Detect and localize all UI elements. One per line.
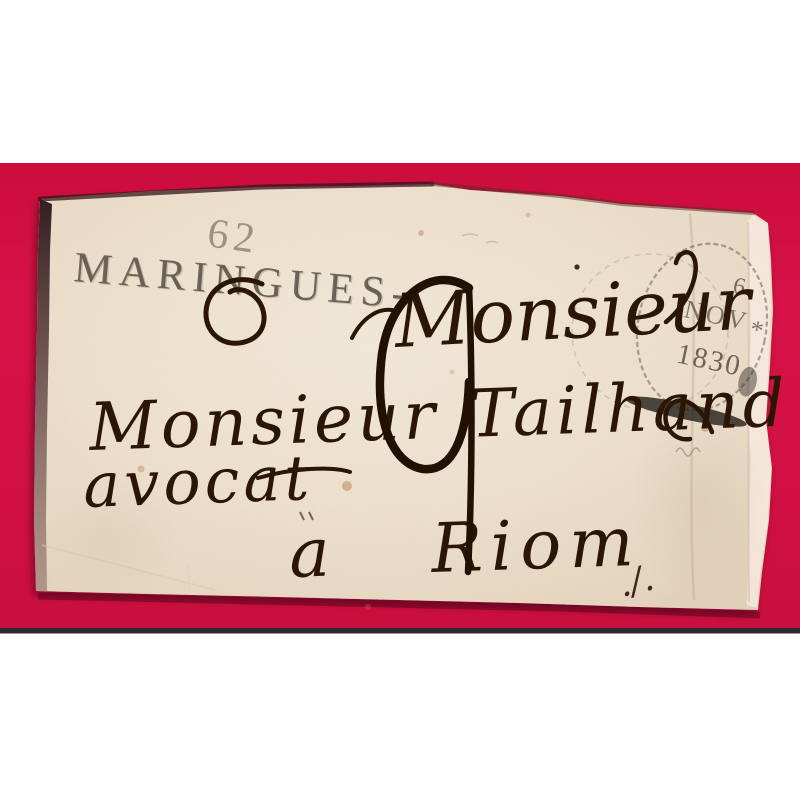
address-line3: avocat bbox=[82, 441, 314, 522]
rate-9-value: 9 bbox=[382, 228, 547, 530]
product-photo: 62 MARINGUES- MARINGUES- 6 NOV * 1830 Mo… bbox=[0, 0, 800, 800]
mat-bottom-rule bbox=[0, 628, 800, 634]
letter-photo-canvas: 62 MARINGUES- MARINGUES- 6 NOV * 1830 Mo… bbox=[0, 0, 800, 800]
folded-letter[interactable]: 62 MARINGUES- MARINGUES- 6 NOV * 1830 Mo… bbox=[30, 180, 790, 616]
manuscript-rate-mark: 9 bbox=[380, 228, 547, 572]
